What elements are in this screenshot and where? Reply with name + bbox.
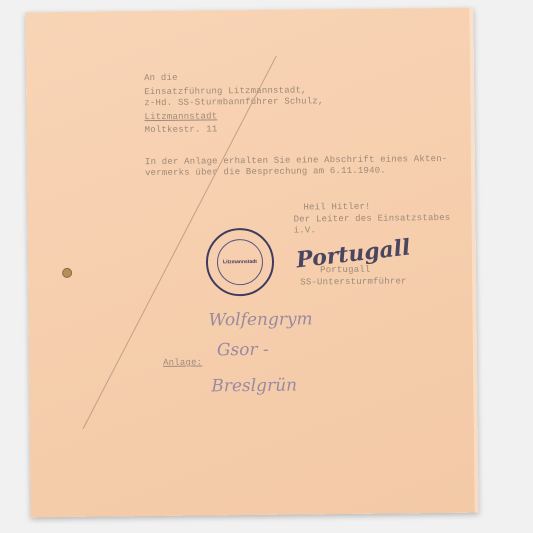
closing-greeting: Heil Hitler! <box>303 202 370 214</box>
body-line2: vermerks über die Besprechung am 6.11.19… <box>145 166 386 180</box>
recipient-city: Litzmannstadt <box>144 111 217 123</box>
sheet-edge <box>469 8 478 513</box>
document-sheet: An die Einsatzführung Litzmannstadt, z-H… <box>25 8 478 518</box>
closing-title: Der Leiter des Einsatzstabes <box>294 213 451 226</box>
signer-rank: SS-Untersturmführer <box>300 276 407 288</box>
enclosure-label: Anlage: <box>163 358 202 369</box>
handwritten-note-1: Wolfengrym <box>208 309 312 330</box>
closing-iv: i.V. <box>294 225 317 236</box>
signer-name: Portugall <box>320 265 371 277</box>
punch-hole <box>62 268 72 278</box>
stamp-inner-text: Litzmannstadt <box>217 239 263 285</box>
recipient-salutation: An die <box>144 73 178 84</box>
recipient-street: Moltkestr. 11 <box>145 124 218 136</box>
official-stamp: Litzmannstadt <box>206 228 275 297</box>
recipient-line2: z-Hd. SS-Sturmbannführer Schulz, <box>144 96 323 109</box>
handwritten-note-3: Breslgrün <box>211 376 297 397</box>
handwritten-note-2: Gsor - <box>217 340 269 361</box>
